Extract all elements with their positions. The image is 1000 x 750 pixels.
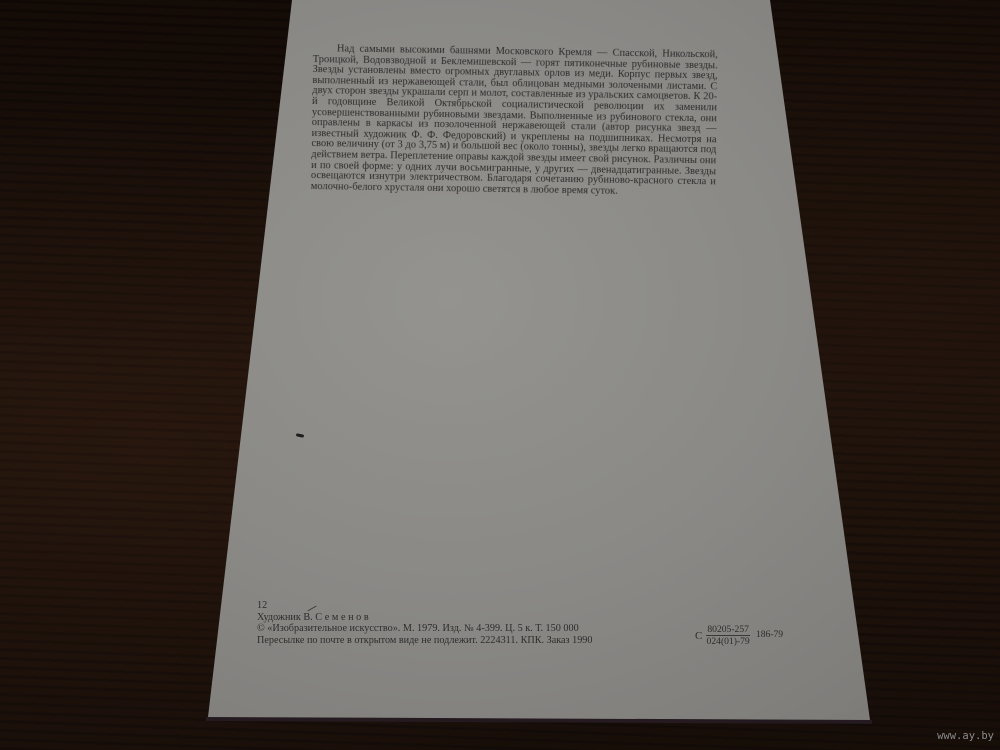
catalog-denominator: 024(01)-79 xyxy=(707,636,750,647)
artist-credit: Художник В. Семенов xyxy=(257,612,857,623)
catalog-code: С 80205-257 024(01)-79 186-79 xyxy=(695,625,783,647)
catalog-letter: С xyxy=(695,630,702,642)
artist-prefix: Художник В. xyxy=(257,612,313,623)
artist-surname: Семенов xyxy=(315,612,371,623)
catalog-suffix: 186-79 xyxy=(756,629,783,640)
description-paragraph: Над самыми высокими башнями Московского … xyxy=(311,44,718,199)
catalog-fraction: 80205-257 024(01)-79 xyxy=(706,625,750,647)
page-number: 12 xyxy=(257,600,857,611)
site-watermark: www.ay.by xyxy=(937,730,994,742)
catalog-numerator: 80205-257 xyxy=(706,625,750,636)
